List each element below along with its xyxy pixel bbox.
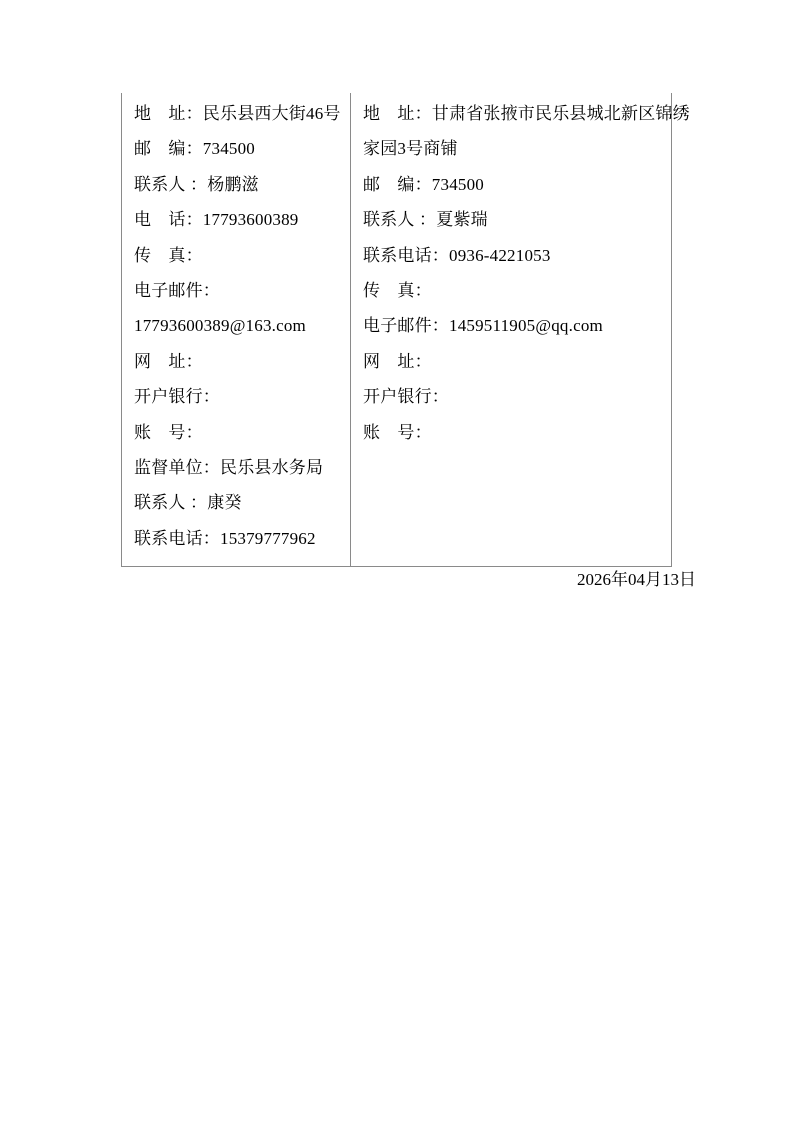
- contact-person-line: 联系人 ：杨鹏滋: [134, 167, 342, 202]
- address-line: 地 址：民乐县西大街46号: [134, 96, 342, 131]
- contact-info-table: 地 址：民乐县西大街46号 邮 编：734500 联系人 ：杨鹏滋 电 话：17…: [121, 93, 672, 567]
- contact-info-cell-right: 地 址：甘肃省张掖市民乐县城北新区锦绣 家园3号商铺 邮 编：734500 联系…: [351, 93, 672, 566]
- phone-line: 电 话：17793600389: [134, 202, 342, 237]
- document-page: 地 址：民乐县西大街46号 邮 编：734500 联系人 ：杨鹏滋 电 话：17…: [0, 0, 794, 1123]
- postcode-line: 邮 编：734500: [134, 131, 342, 166]
- email-label-line: 电子邮件：: [134, 273, 342, 308]
- fax-line: 传 真：: [134, 238, 342, 273]
- email-value-line: 17793600389@163.com: [134, 308, 342, 343]
- website-line: 网 址：: [363, 344, 663, 379]
- account-line: 账 号：: [134, 415, 342, 450]
- address-wrap-line: 家园3号商铺: [363, 131, 663, 166]
- account-line: 账 号：: [363, 415, 663, 450]
- address-line: 地 址：甘肃省张掖市民乐县城北新区锦绣: [363, 96, 663, 131]
- contact-phone-line: 联系电话：0936-4221053: [363, 238, 663, 273]
- bank-line: 开户银行：: [363, 379, 663, 414]
- supervisor-contact-line: 联系人 ：康癸: [134, 485, 342, 520]
- supervisor-phone-line: 联系电话：15379777962: [134, 521, 342, 556]
- bank-line: 开户银行：: [134, 379, 342, 414]
- fax-line: 传 真：: [363, 273, 663, 308]
- postcode-line: 邮 编：734500: [363, 167, 663, 202]
- website-line: 网 址：: [134, 344, 342, 379]
- email-line: 电子邮件：1459511905@qq.com: [363, 308, 663, 343]
- supervisor-unit-line: 监督单位：民乐县水务局: [134, 450, 342, 485]
- contact-person-line: 联系人 ：夏紫瑞: [363, 202, 663, 237]
- contact-info-cell-left: 地 址：民乐县西大街46号 邮 编：734500 联系人 ：杨鹏滋 电 话：17…: [121, 93, 351, 566]
- document-date: 2026年04月13日: [121, 567, 696, 593]
